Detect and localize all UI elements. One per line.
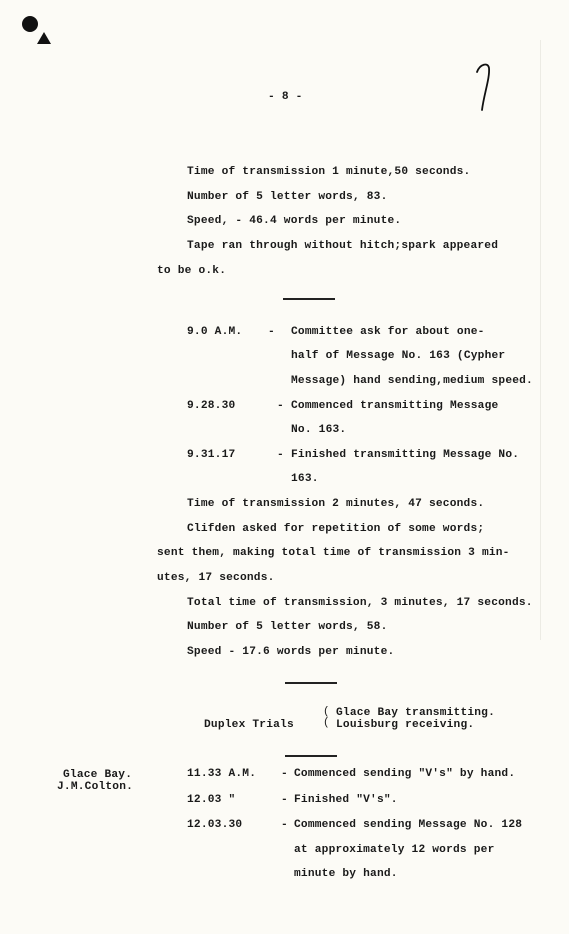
log-text: at approximately 12 words per — [294, 843, 495, 857]
log-text: Finished transmitting Message No. — [291, 448, 519, 462]
log-text: minute by hand. — [294, 867, 398, 881]
log-dash: - — [277, 448, 284, 462]
log-time: 12.03.30 — [187, 818, 242, 832]
log-time: 9.31.17 — [187, 448, 235, 462]
section-divider — [285, 755, 337, 757]
log-text: 163. — [291, 472, 319, 486]
log-dash: - — [281, 767, 288, 781]
text-line: Number of 5 letter words, 58. — [187, 620, 388, 634]
punch-hole-mark — [22, 16, 38, 32]
ink-mark — [37, 32, 51, 44]
log-text: Commenced transmitting Message — [291, 399, 498, 413]
text-line: sent them, making total time of transmis… — [157, 546, 510, 560]
paper-fold-line — [540, 40, 541, 640]
handwritten-page-number — [474, 60, 504, 115]
text-line: Number of 5 letter words, 83. — [187, 190, 388, 204]
section-divider — [283, 298, 335, 300]
log-text: Committee ask for about one- — [291, 325, 485, 339]
log-time: 11.33 A.M. — [187, 767, 256, 781]
log-dash: - — [281, 818, 288, 832]
duplex-title: Duplex Trials — [204, 718, 294, 732]
log-text: Message) hand sending,medium speed. — [291, 374, 533, 388]
log-text: Commenced sending Message No. 128 — [294, 818, 522, 832]
text-line: Clifden asked for repetition of some wor… — [187, 522, 484, 536]
text-line: utes, 17 seconds. — [157, 571, 275, 585]
duplex-line: Louisburg receiving. — [336, 718, 474, 732]
text-line: Time of transmission 2 minutes, 47 secon… — [187, 497, 484, 511]
log-dash: - — [277, 399, 284, 413]
log-text: Commenced sending "V's" by hand. — [294, 767, 515, 781]
section-divider — [285, 682, 337, 684]
log-text: half of Message No. 163 (Cypher — [291, 349, 505, 363]
text-line: Tape ran through without hitch;spark app… — [187, 239, 498, 253]
page-number: - 8 - — [268, 90, 303, 104]
text-line: Speed, - 46.4 words per minute. — [187, 214, 401, 228]
log-text: Finished "V's". — [294, 793, 398, 807]
log-time: 9.28.30 — [187, 399, 235, 413]
log-dash: - — [268, 325, 275, 339]
log-dash: - — [281, 793, 288, 807]
log-text: No. 163. — [291, 423, 346, 437]
text-line: Time of transmission 1 minute,50 seconds… — [187, 165, 470, 179]
document-page: - 8 - Time of transmission 1 minute,50 s… — [0, 0, 569, 934]
text-line: to be o.k. — [157, 264, 226, 278]
text-line: Speed - 17.6 words per minute. — [187, 645, 394, 659]
text-line: Total time of transmission, 3 minutes, 1… — [187, 596, 533, 610]
operator-label: J.M.Colton. — [57, 780, 133, 794]
log-time: 12.03 " — [187, 793, 235, 807]
brace-icon: ( — [323, 716, 330, 730]
log-time: 9.0 A.M. — [187, 325, 242, 339]
